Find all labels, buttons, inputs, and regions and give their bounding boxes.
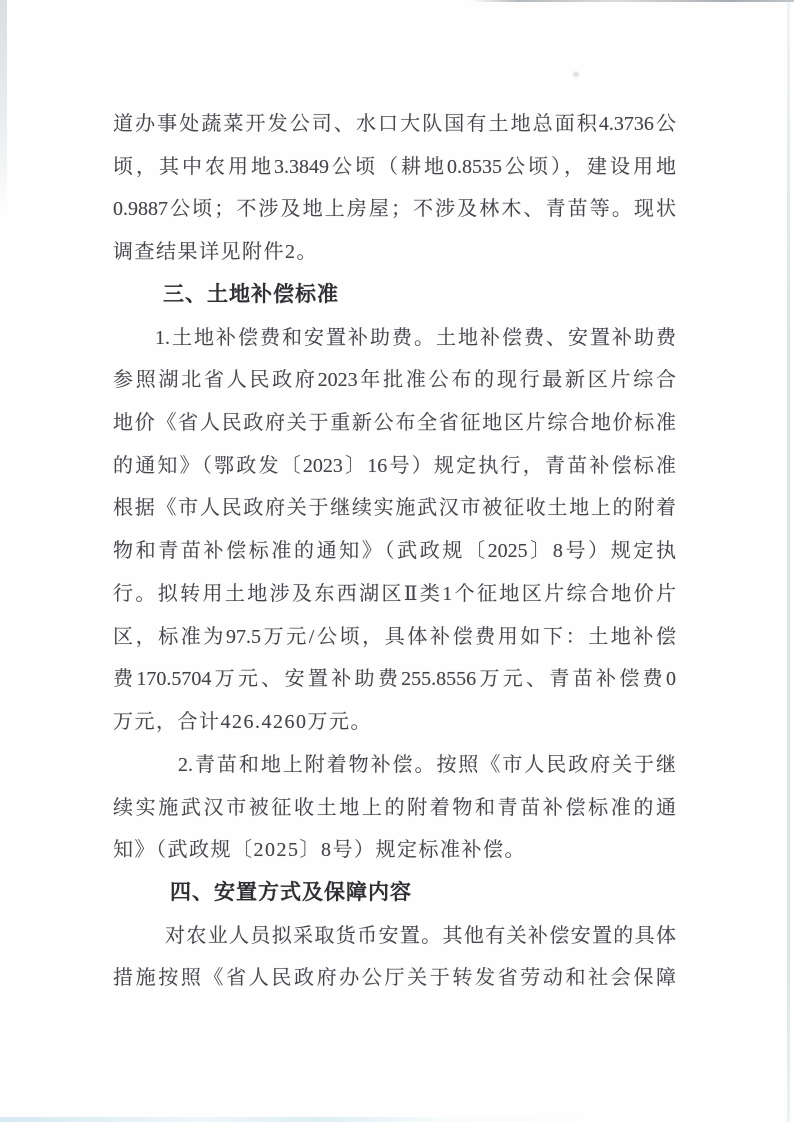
doc-line: 知》（武政规〔2025〕8号）规定标准补偿。 (113, 829, 676, 872)
doc-line: 参照湖北省人民政府2023年批准公布的现行最新区片综合 (113, 359, 676, 402)
section-heading-resettlement: 四、安置方式及保障内容 (113, 872, 676, 915)
doc-line: 万元，合计426.4260万元。 (113, 701, 676, 744)
section-heading-land-compensation: 三、土地补偿标准 (113, 274, 676, 317)
doc-line: 的通知》（鄂政发〔2023〕16号）规定执行，青苗补偿标准 (113, 445, 676, 488)
document-text-block: 道办事处蔬菜开发公司、水口大队国有土地总面积4.3736公 顷，其中农用地3.3… (113, 103, 676, 1000)
doc-line: 续实施武汉市被征收土地上的附着物和青苗补偿标准的通 (113, 787, 676, 830)
doc-line: 措施按照《省人民政府办公厅关于转发省劳动和社会保障 (113, 957, 676, 1000)
doc-line: 1.土地补偿费和安置补助费。土地补偿费、安置补助费 (113, 317, 676, 360)
scan-left-edge-artifact (0, 0, 7, 215)
doc-line: 顷，其中农用地3.3849公顷（耕地0.8535公顷），建设用地 (113, 146, 676, 189)
doc-line: 区，标准为97.5万元/公顷，具体补偿费用如下：土地补偿 (113, 616, 676, 659)
doc-line: 0.9887公顷；不涉及地上房屋；不涉及林木、青苗等。现状 (113, 188, 676, 231)
doc-line: 根据《市人民政府关于继续实施武汉市被征收土地上的附着 (113, 487, 676, 530)
document-page: 道办事处蔬菜开发公司、水口大队国有土地总面积4.3736公 顷，其中农用地3.3… (0, 0, 794, 1122)
scan-bottom-edge-artifact (0, 1117, 794, 1122)
doc-line: 道办事处蔬菜开发公司、水口大队国有土地总面积4.3736公 (113, 103, 676, 146)
doc-line: 物和青苗补偿标准的通知》（武政规〔2025〕8号）规定执 (113, 530, 676, 573)
doc-line: 调查结果详见附件2。 (113, 231, 676, 274)
doc-line: 行。拟转用土地涉及东西湖区Ⅱ类1个征地区片综合地价片 (113, 573, 676, 616)
scan-right-edge-artifact (787, 0, 790, 1122)
scan-top-edge-artifact (470, 0, 794, 2)
doc-line: 费170.5704万元、安置补助费255.8556万元、青苗补偿费0 (113, 658, 676, 701)
doc-line: 2.青苗和地上附着物补偿。按照《市人民政府关于继 (113, 744, 676, 787)
doc-line: 地价《省人民政府关于重新公布全省征地区片综合地价标准 (113, 402, 676, 445)
doc-line: 对农业人员拟采取货币安置。其他有关补偿安置的具体 (113, 915, 676, 958)
scan-smudge-dot (573, 72, 579, 77)
